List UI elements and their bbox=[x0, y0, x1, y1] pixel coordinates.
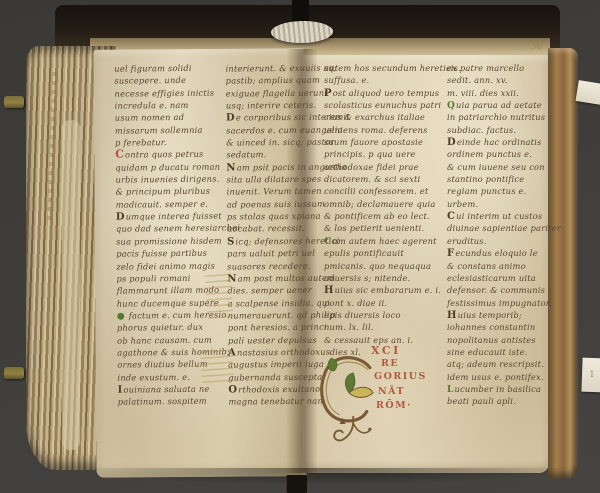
paper-tab-bottom: 1 bbox=[581, 358, 600, 393]
text-line: nopolitanus antistes bbox=[447, 334, 561, 346]
text-line: stantino pontifice bbox=[447, 173, 561, 185]
text-line: sedit. ann. xv. bbox=[447, 74, 561, 86]
text-line: omnib; declamauere quia bbox=[324, 198, 461, 210]
paper-tab-top bbox=[576, 80, 600, 105]
text-line: ordinem punctus e. bbox=[447, 148, 561, 160]
fore-edge-clasp-top bbox=[4, 96, 24, 108]
rubric-name-line4: RŌM· bbox=[376, 400, 412, 411]
text-line: Lucumber in basilica bbox=[447, 383, 561, 395]
text-line: ueniens roma. deferens bbox=[324, 124, 461, 136]
marginal-gloss bbox=[204, 271, 233, 319]
text-line: m. viii. dies xxii. bbox=[447, 87, 561, 99]
text-line: aduersis s; nitende. bbox=[324, 272, 461, 284]
text-line: Deinde hac ordinatis bbox=[447, 136, 561, 148]
colored-initial: L bbox=[447, 385, 454, 395]
text-line: subdiac. factus. bbox=[447, 124, 561, 136]
colored-initial: N bbox=[226, 162, 235, 173]
colored-initial: C bbox=[115, 148, 124, 161]
colored-initial: D bbox=[447, 137, 456, 148]
marginal-gloss bbox=[200, 349, 234, 383]
text-line: Cum autem haec agerent bbox=[324, 235, 461, 247]
folio-number: 90 bbox=[532, 42, 542, 51]
text-line: sua promissione hisdem bbox=[116, 234, 240, 248]
text-line: epis diuersis loco bbox=[324, 309, 461, 321]
text-line: orthodoxae fidei prae bbox=[324, 161, 461, 173]
text-line: Huius temporib; bbox=[447, 309, 561, 321]
colored-initial: F bbox=[447, 248, 454, 259]
text-line: urbem. bbox=[447, 198, 561, 210]
fore-edge-light-band bbox=[62, 120, 80, 450]
colored-initial: P bbox=[324, 88, 332, 99]
right-page-column-2: ex patre marcellosedit. ann. xv.m. viii.… bbox=[447, 62, 561, 408]
text-line: epulis pontificauit bbox=[324, 247, 461, 259]
text-line: Huius sic embararum e. i. bbox=[324, 284, 461, 296]
text-line: & pontificem ab eo lect. bbox=[324, 210, 461, 222]
text-line: Quia parua ad aetate bbox=[447, 99, 561, 111]
rubric-name-line3: NĀT bbox=[378, 386, 405, 397]
text-line: idem usus e. pontifex. bbox=[447, 371, 561, 383]
right-page-column-1: autem hos secundum hereticis.suffusa. e.… bbox=[324, 62, 461, 358]
text-line: & los petierit uenienti. bbox=[324, 222, 461, 234]
text-line: iohannes constantin bbox=[447, 321, 561, 333]
text-line: dicatorem. & sci sexti bbox=[324, 173, 461, 185]
text-line: pont x. diae ii. bbox=[324, 297, 461, 309]
book-bottom-shadow bbox=[85, 468, 560, 484]
text-line: eclesiasticarum uita bbox=[447, 272, 561, 284]
colored-initial: ● bbox=[117, 311, 125, 321]
colored-initial: C bbox=[324, 237, 331, 247]
text-line: atq; adeum rescripsit. bbox=[447, 358, 561, 370]
text-line: in patriarchio nutritus bbox=[447, 111, 561, 123]
text-line: ex patre marcello bbox=[447, 62, 561, 74]
text-line: festissimus impugnator. bbox=[447, 297, 561, 309]
text-line: cius & exarchus italiae bbox=[324, 111, 461, 123]
text-line: sine educauit iste. bbox=[447, 346, 561, 358]
text-line: beati pauli apli. bbox=[447, 395, 561, 407]
colored-initial: I bbox=[118, 385, 123, 396]
text-line: principis. p qua uere bbox=[324, 148, 461, 160]
colored-initial: D bbox=[116, 212, 125, 223]
text-line: eruditus. bbox=[447, 235, 561, 247]
rubric-name-line2: GORIUS bbox=[374, 371, 427, 382]
manuscript-photo: 1 uel figuram solidisuscepere. undeneces… bbox=[0, 0, 600, 493]
text-line: Cui interim ut custos bbox=[447, 210, 561, 222]
text-line: & cum iuuene seu con bbox=[447, 161, 561, 173]
text-line: num. lx. lil. bbox=[324, 321, 461, 333]
text-line: quo dad senem heresiarchei bbox=[116, 222, 240, 236]
text-line: palatinum. sospitem bbox=[118, 395, 242, 409]
bottom-clasp-strap bbox=[286, 475, 307, 493]
text-line: suum fauore apostasie bbox=[324, 136, 461, 148]
text-line: regiam punctus e. bbox=[447, 185, 561, 197]
text-line: Post aliquod uero tempus bbox=[324, 87, 461, 99]
colored-initial: H bbox=[447, 310, 457, 321]
rubric-chapter-number: XCI bbox=[371, 344, 401, 357]
text-line: defensor. & communis bbox=[447, 284, 561, 296]
colored-initial: C bbox=[447, 211, 455, 222]
text-line: suffusa. e. bbox=[324, 74, 461, 86]
text-line: autem hos secundum hereticis. bbox=[324, 62, 461, 74]
fore-edge-clasp-bottom bbox=[4, 367, 24, 379]
text-line: pmicanis. quo nequaqua bbox=[324, 260, 461, 272]
colored-initial: H bbox=[324, 285, 334, 296]
rubric-name-line1: RE bbox=[381, 358, 399, 369]
colored-initial: Q bbox=[447, 101, 455, 111]
text-line: concilii confessorem. et bbox=[324, 185, 461, 197]
decorated-initial-g-icon bbox=[317, 352, 381, 446]
text-line: Fecundus eloquio le bbox=[447, 247, 561, 259]
colored-initial: S bbox=[227, 236, 235, 247]
colored-initial: D bbox=[226, 113, 235, 124]
quire-mark: ·▲· bbox=[336, 416, 350, 425]
text-line: diuinae sapientiae pariter bbox=[447, 222, 561, 234]
text-line: scolasticus eunuchus patri bbox=[324, 99, 461, 111]
text-line: & constans animo bbox=[447, 260, 561, 272]
colored-initial: O bbox=[228, 384, 237, 395]
